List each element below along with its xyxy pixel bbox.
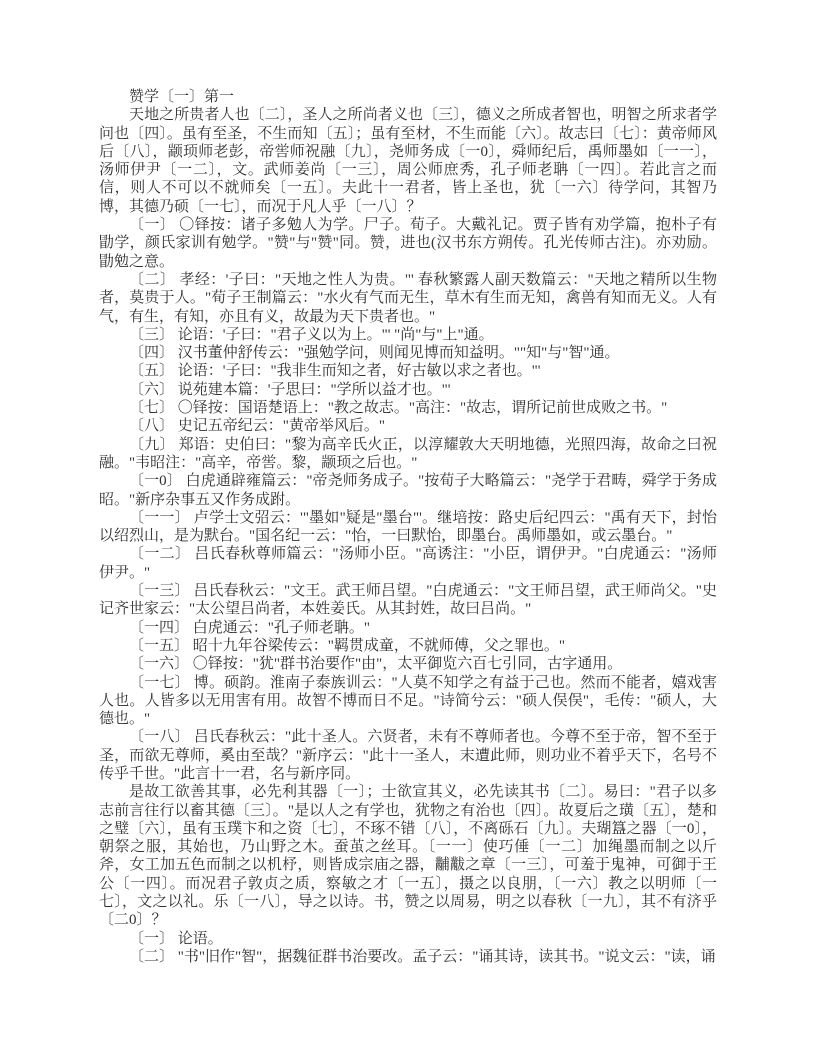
paragraph: 〔五〕 论语：'子曰："我非生而知之者，好古敏以求之者也。"' (99, 362, 717, 380)
paragraph: 〔九〕 郑语：史伯曰："黎为高辛氏火正，以淳耀敦大天明地德，光照四海，故命之曰祝… (99, 436, 717, 473)
paragraph: 是故工欲善其事，必先利其器〔一〕；士欲宣其义，必先读其书〔二〕。易曰："君子以多… (99, 783, 717, 929)
document-page: 赞学〔一〕第一 天地之所贵者人也〔二〕，圣人之所尚者义也〔三〕，德义之所成者智也… (0, 0, 816, 1056)
paragraph: 〔七〕 〇铎按：国语楚语上："教之故志。"高注："故志，谓所记前世成败之书。" (99, 399, 717, 417)
paragraph: 〔一七〕 博。硕韵。淮南子泰族训云："人莫不知学之有益于己也。然而不能者，嬉戏害… (99, 674, 717, 729)
paragraph: 〔一二〕 吕氏春秋尊师篇云："汤师小臣。"高诱注："小臣，谓伊尹。"白虎通云："… (99, 545, 717, 582)
document-title: 赞学〔一〕第一 (99, 88, 717, 106)
paragraph: 〔一三〕 吕氏春秋云："文王。武王师吕望。"白虎通云："文王师吕望，武王师尚父。… (99, 582, 717, 619)
paragraph: 〔一一〕 卢学士文弨云：'"墨如"疑是"墨台"'。继培按：路史后纪四云："禹有天… (99, 509, 717, 546)
paragraph: 〔一八〕 吕氏春秋云："此十圣人。六贤者，未有不尊师者也。今尊不至于帝，智不至于… (99, 728, 717, 783)
paragraph: 〔一五〕 昭十九年谷梁传云："羁贯成童，不就师傅，父之罪也。" (99, 637, 717, 655)
paragraph: 〔一0〕 白虎通辟雍篇云："帝尧师务成子。"按荀子大略篇云："尧学于君畴，舜学于… (99, 472, 717, 509)
paragraph: 天地之所贵者人也〔二〕，圣人之所尚者义也〔三〕，德义之所成者智也，明智之所求者学… (99, 106, 717, 216)
paragraph: 〔二〕 "书"旧作"智"，据魏征群书治要改。孟子云："诵其诗，读其书。"说文云：… (99, 948, 717, 966)
paragraph: 〔一〕 〇铎按：诸子多勉人为学。尸子。荀子。大戴礼记。贾子皆有劝学篇，抱朴子有勖… (99, 216, 717, 271)
paragraph: 〔三〕 论语：'子曰："君子义以为上。"' "尚"与"上"通。 (99, 326, 717, 344)
paragraph: 〔一四〕 白虎通云："孔子师老聃。" (99, 619, 717, 637)
paragraph: 〔一〕 论语。 (99, 930, 717, 948)
paragraph: 〔八〕 史记五帝纪云："黄帝举风后。" (99, 417, 717, 435)
paragraph: 〔六〕 说苑建本篇：'子思曰："学所以益才也。"' (99, 381, 717, 399)
text-block: 赞学〔一〕第一 天地之所贵者人也〔二〕，圣人之所尚者义也〔三〕，德义之所成者智也… (99, 88, 717, 966)
paragraph: 〔二〕 孝经：'子曰："天地之性人为贵。"' 春秋繁露人副天数篇云："天地之精所… (99, 271, 717, 326)
paragraph: 〔一六〕 〇铎按："犹"群书治要作"由"，太平御览六百七引同，古字通用。 (99, 655, 717, 673)
paragraph: 〔四〕 汉书董仲舒传云："强勉学问，则闻见博而知益明。""知"与"智"通。 (99, 344, 717, 362)
paragraph-list: 天地之所贵者人也〔二〕，圣人之所尚者义也〔三〕，德义之所成者智也，明智之所求者学… (99, 106, 717, 966)
